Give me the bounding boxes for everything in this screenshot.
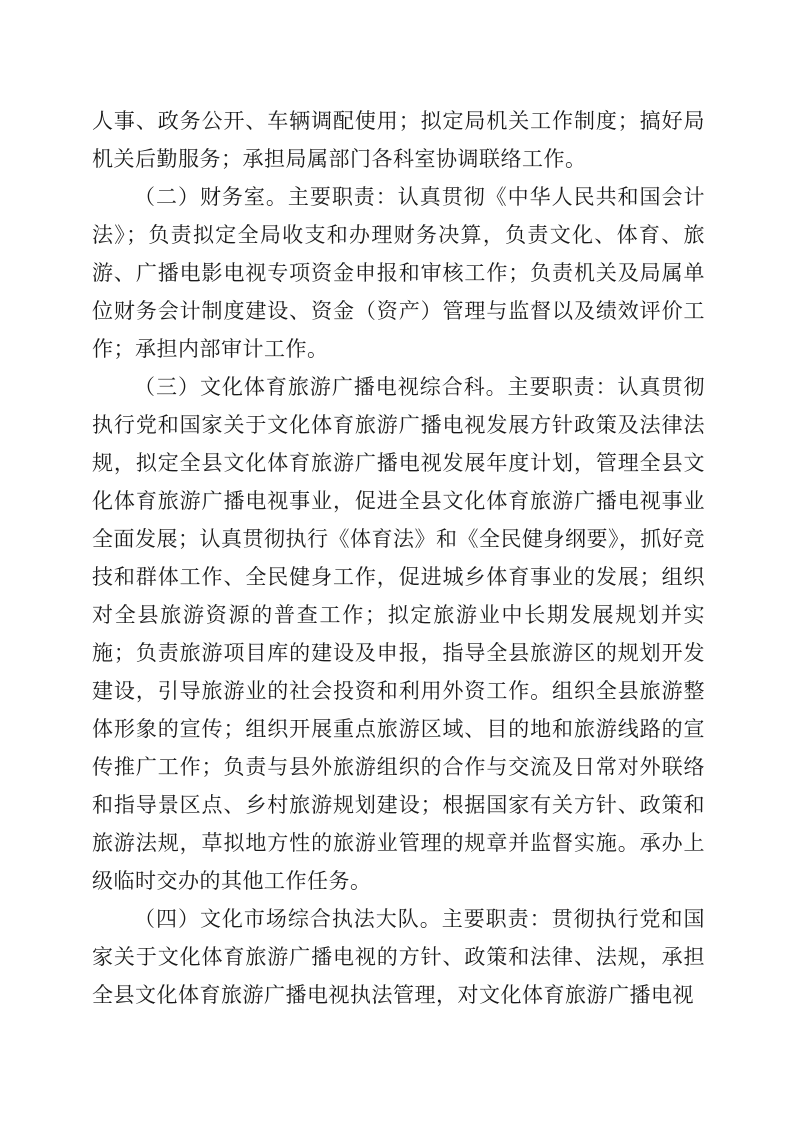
paragraph: 人事、政务公开、车辆调配使用；拟定局机关工作制度；搞好局机关后勤服务；承担局属部… (92, 102, 705, 178)
document-page: 人事、政务公开、车辆调配使用；拟定局机关工作制度；搞好局机关后勤服务；承担局属部… (0, 0, 793, 1122)
paragraph: （三）文化体育旅游广播电视综合科。主要职责：认真贯彻执行党和国家关于文化体育旅游… (92, 368, 705, 900)
paragraph: （二）财务室。主要职责：认真贯彻《中华人民共和国会计法》；负责拟定全局收支和办理… (92, 178, 705, 368)
document-body: 人事、政务公开、车辆调配使用；拟定局机关工作制度；搞好局机关后勤服务；承担局属部… (92, 102, 705, 1014)
paragraph: （四）文化市场综合执法大队。主要职责：贯彻执行党和国家关于文化体育旅游广播电视的… (92, 900, 705, 1014)
